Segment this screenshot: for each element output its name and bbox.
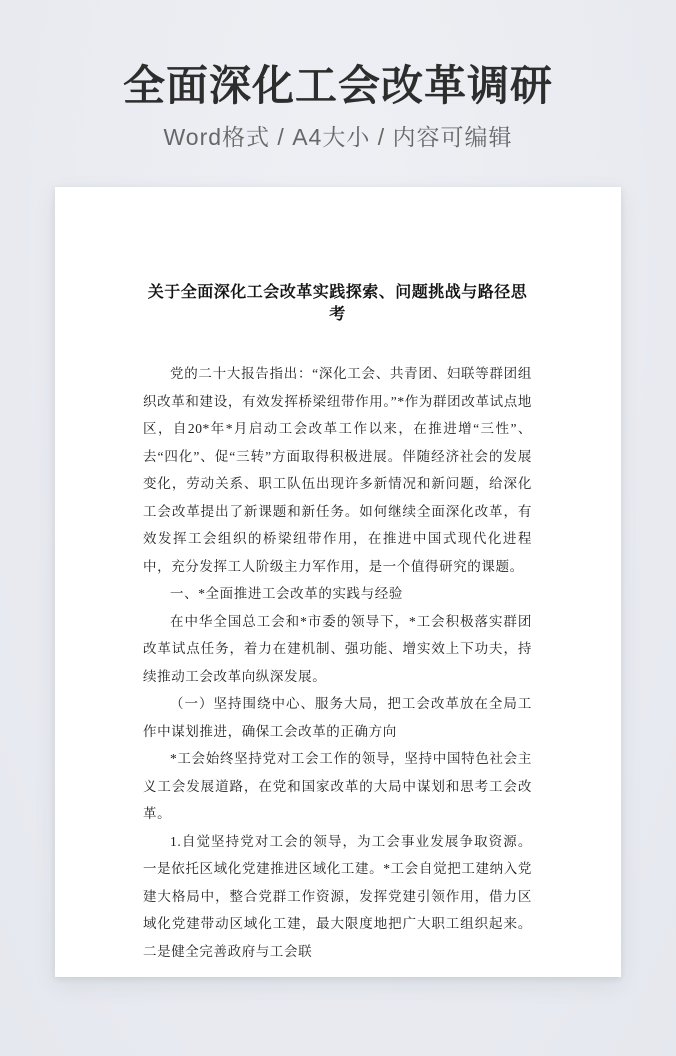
doc-paragraph-body: 1.自觉坚持党对工会的领导，为工会事业发展争取资源。一是依托区域化党建推进区域化…	[143, 828, 532, 966]
document-title: 关于全面深化工会改革实践探索、问题挑战与路径思考	[143, 282, 532, 326]
promo-subtitle: Word格式 / A4大小 / 内容可编辑	[0, 124, 676, 150]
doc-paragraph-body: *工会始终坚持党对工会工作的领导，坚持中国特色社会主义工会发展道路，在党和国家改…	[143, 745, 532, 828]
promo-header: 全面深化工会改革调研 Word格式 / A4大小 / 内容可编辑	[0, 0, 676, 150]
doc-paragraph-heading1: 一、*全面推进工会改革的实践与经验	[143, 580, 532, 608]
doc-paragraph-body: 在中华全国总工会和*市委的领导下，*工会积极落实群团改革试点任务，着力在建机制、…	[143, 608, 532, 691]
promo-title: 全面深化工会改革调研	[0, 62, 676, 110]
doc-body: 党的二十大报告指出：“深化工会、共青团、妇联等群团组织改革和建设，有效发挥桥梁纽…	[143, 360, 532, 965]
document-page: 关于全面深化工会改革实践探索、问题挑战与路径思考 党的二十大报告指出：“深化工会…	[55, 187, 621, 977]
doc-paragraph-heading2: （一）坚持围绕中心、服务大局，把工会改革放在全局工作中谋划推进，确保工会改革的正…	[143, 690, 532, 745]
doc-paragraph-body: 党的二十大报告指出：“深化工会、共青团、妇联等群团组织改革和建设，有效发挥桥梁纽…	[143, 360, 532, 580]
